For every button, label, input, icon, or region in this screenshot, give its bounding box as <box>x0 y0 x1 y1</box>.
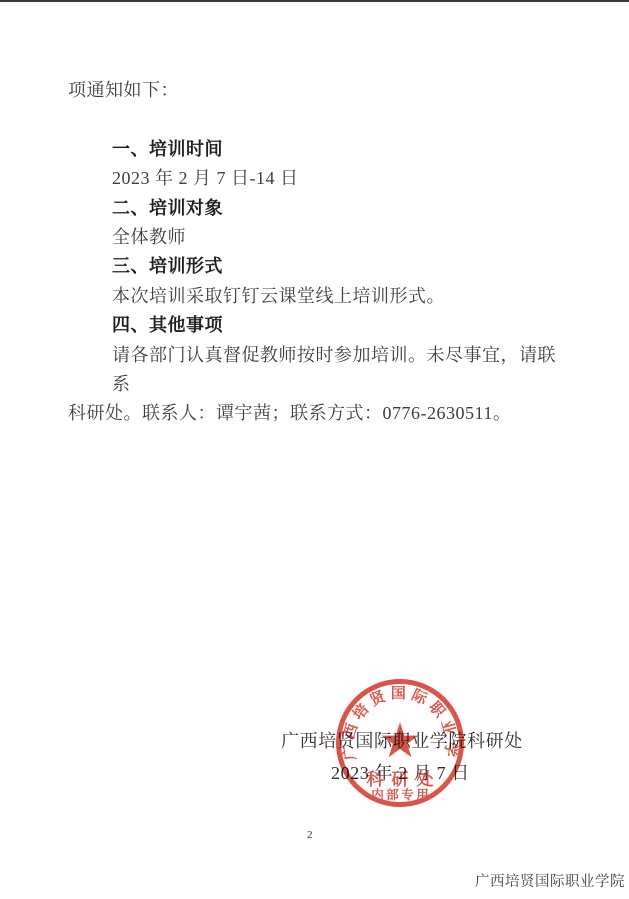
document-body: 项通知如下： 一、培训时间 2023 年 2 月 7 日-14 日 二、培训对象… <box>68 76 568 429</box>
section-2-text: 全体教师 <box>68 223 568 252</box>
section-3-text: 本次培训采取钉钉云课堂线上培训形式。 <box>68 282 568 311</box>
footer-org-name: 广西培贤国际职业学院 <box>475 870 625 891</box>
document-page: 项通知如下： 一、培训时间 2023 年 2 月 7 日-14 日 二、培训对象… <box>0 0 629 899</box>
section-4-text-line-1: 请各部门认真督促教师按时参加培训。未尽事宜，请联系 <box>68 341 568 400</box>
page-number: 2 <box>307 829 313 841</box>
page-top-edge <box>0 0 629 2</box>
section-3-heading: 三、培训形式 <box>68 252 568 281</box>
section-1-heading: 一、培训时间 <box>68 135 568 164</box>
section-1-text: 2023 年 2 月 7 日-14 日 <box>68 164 568 193</box>
seal-star-icon: ★ <box>336 717 464 765</box>
section-2-heading: 二、培训对象 <box>68 194 568 223</box>
section-4-text-line-2: 科研处。联系人：谭宇茜；联系方式：0776-2630511。 <box>68 399 568 428</box>
intro-line: 项通知如下： <box>68 76 568 105</box>
section-4-heading: 四、其他事项 <box>68 311 568 340</box>
seal-sub-label: 内部专用 <box>336 785 464 803</box>
blank-line <box>68 105 568 134</box>
official-seal: 广西培贤国际职业学院 ★ 科研处 内部专用 <box>336 679 464 807</box>
